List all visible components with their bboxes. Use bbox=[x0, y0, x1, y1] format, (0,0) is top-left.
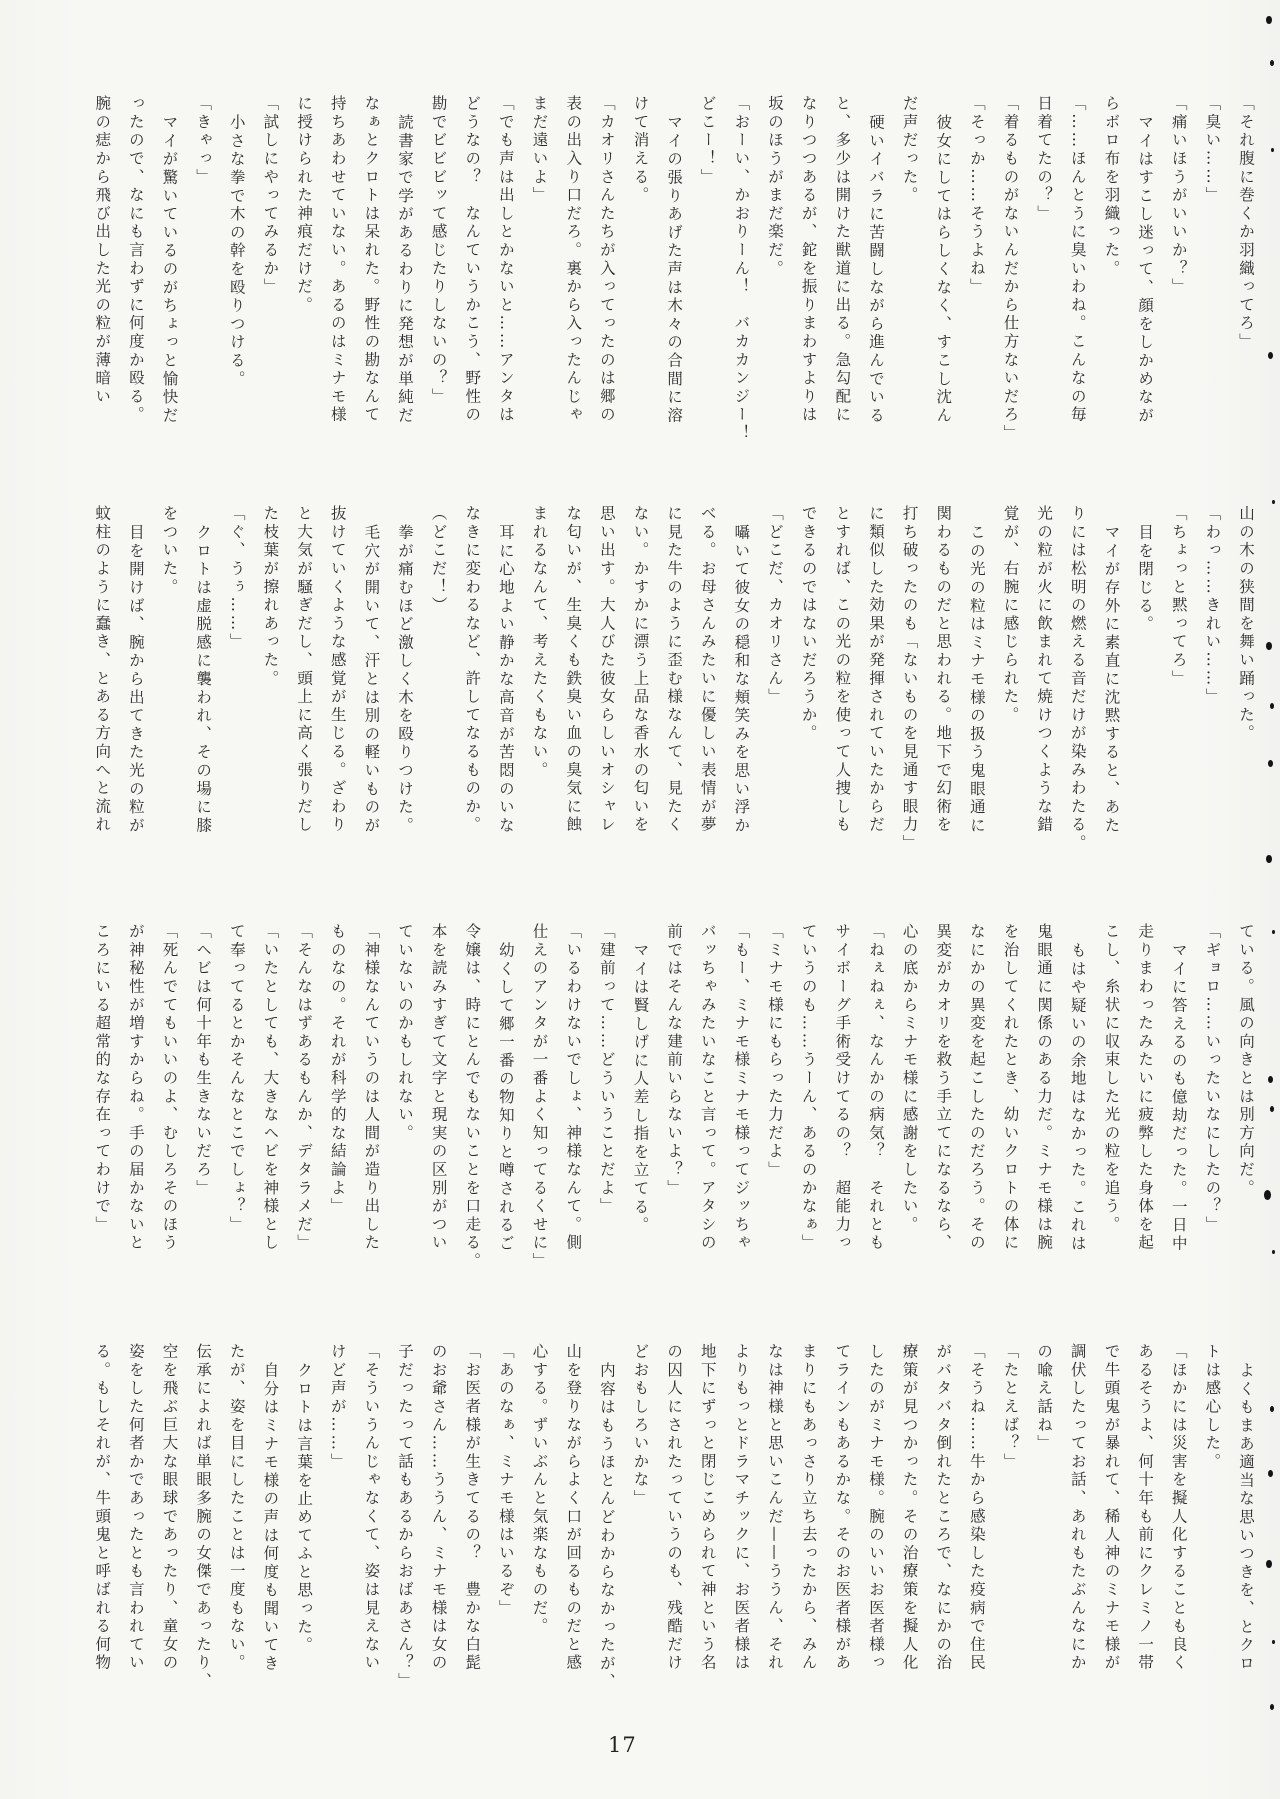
text-column: 「臭い……」 bbox=[1195, 95, 1229, 480]
scan-dot bbox=[1268, 1076, 1273, 1083]
scan-dot bbox=[1266, 855, 1272, 863]
text-column: 目を閉じる。 bbox=[1127, 505, 1161, 857]
text-column: に授けられた神痕だけだ。 bbox=[286, 95, 320, 480]
text-column: 「試しにやってみるか」 bbox=[253, 95, 287, 480]
text-column: る。もしそれが、牛頭鬼と呼ばれる何物 bbox=[85, 1343, 119, 1711]
text-column: ものなの。それが科学的な結論よ」 bbox=[320, 923, 354, 1273]
text-column: どこー！」 bbox=[690, 95, 724, 480]
text-column: よりもっとドラマチックに、お医者様は bbox=[724, 1343, 758, 1711]
text-column: 勘でビビビッて感じたりしないの？」 bbox=[421, 95, 455, 480]
text-column: まれるなんて、考えたくもない。 bbox=[522, 505, 556, 857]
text-column: て奉ってるとかそんなとこでしょ？」 bbox=[219, 923, 253, 1273]
text-column: 表の出入り口だろ。裏から入ったんじゃ bbox=[556, 95, 590, 480]
text-column: マイが存外に素直に沈黙すると、あた bbox=[1094, 505, 1128, 857]
text-column: 腕の痣から飛び出した光の粒が薄暗い bbox=[85, 95, 119, 480]
text-column: 「ねぇねぇ、なんかの病気？ それとも bbox=[858, 923, 892, 1273]
text-column: なきに変わるなど、許してなるものか。 bbox=[455, 505, 489, 857]
text-column: 令嬢は、時にとんでもないことを口走る。 bbox=[455, 923, 489, 1273]
text-column: マイに答えるのも億劫だった。一日中 bbox=[1161, 923, 1195, 1273]
text-column: ない。かすかに漂う上品な香水の匂いを bbox=[623, 505, 657, 857]
text-column: 「もー、ミナモ様ミナモ様ってジッちゃ bbox=[724, 923, 758, 1273]
scan-dot bbox=[1264, 1190, 1271, 1200]
text-column: 「いるわけないでしょ、神様なんて。側 bbox=[556, 923, 590, 1273]
text-column: の囚人にされたっていうのも、残酷だけ bbox=[656, 1343, 690, 1711]
text-column: 「それ腹に巻くか羽織ってろ」 bbox=[1228, 95, 1262, 480]
text-column: けど声が……」 bbox=[320, 1343, 354, 1711]
text-column: 心の底からミナモ様に感謝をしたい。 bbox=[892, 923, 926, 1273]
text-column: 彼女にしてはらしくなく、すこし沈ん bbox=[926, 95, 960, 480]
text-column: 「……ほんとうに臭いわね。こんなの毎 bbox=[1060, 95, 1094, 480]
text-column: 「ちょっと黙ってろ」 bbox=[1161, 505, 1195, 857]
scan-dot bbox=[1270, 1704, 1274, 1710]
text-column: けて消える。 bbox=[623, 95, 657, 480]
text-column: らボロ布を羽織った。 bbox=[1094, 95, 1128, 480]
text-column: が神秘性が増すからね。手の届かないと bbox=[118, 923, 152, 1273]
text-column: 日着てたの？」 bbox=[1027, 95, 1061, 480]
text-column: 走りまわったみたいに疲弊した身体を起 bbox=[1127, 923, 1161, 1273]
text-column: をついた。 bbox=[152, 505, 186, 857]
scan-dot bbox=[1270, 1106, 1274, 1112]
text-column: 「ぐ、うぅ……」 bbox=[219, 505, 253, 857]
text-column: クロトは虚脱感に襲われ、その場に膝 bbox=[186, 505, 220, 857]
text-column: マイはすこし迷って、顔をしかめなが bbox=[1127, 95, 1161, 480]
text-column: どうなの？ なんていうかこう、野性の bbox=[455, 95, 489, 480]
text-column: を治してくれたとき、幼いクロトの体に bbox=[993, 923, 1027, 1273]
text-column: 姿をした何者かであったとも言われてい bbox=[118, 1343, 152, 1711]
text-column: どおもしろいかな」 bbox=[623, 1343, 657, 1711]
scan-dot bbox=[1271, 148, 1274, 152]
text-column: こし、糸状に収束した光の粒を追う。 bbox=[1094, 923, 1128, 1273]
text-band-3: ている。風の向きとは別方向だ。「ギョロ……いったいなにしたの？」マイに答えるのも… bbox=[82, 923, 1262, 1273]
text-column: に見た牛のように歪む様なんて、見たく bbox=[656, 505, 690, 857]
text-column: と大気が騒ぎだし、頭上に高く張りだし bbox=[286, 505, 320, 857]
text-column: 「どこだ、カオリさん」 bbox=[757, 505, 791, 857]
text-column: バッちゃみたいなこと言って。アタシの bbox=[690, 923, 724, 1273]
text-column: 小さな拳で木の幹を殴りつける。 bbox=[219, 95, 253, 480]
text-column: トは感心した。 bbox=[1195, 1343, 1229, 1711]
text-column: まりにもあっさり立ち去ったから、みん bbox=[791, 1343, 825, 1711]
text-column: 「お医者様が生きてるの？ 豊かな白髭 bbox=[455, 1343, 489, 1711]
text-column: の喩え話ね」 bbox=[1027, 1343, 1061, 1711]
text-column: したのがミナモ様。腕のいいお医者様っ bbox=[858, 1343, 892, 1711]
text-column: 調伏したってお話、あれもたぶんなにか bbox=[1060, 1343, 1094, 1711]
scanned-novel-page: 「それ腹に巻くか羽織ってろ」「臭い……」「痛いほうがいいか？」マイはすこし迷って… bbox=[0, 0, 1280, 1799]
text-column: なにかの異変を起こしたのだろう。その bbox=[959, 923, 993, 1273]
text-column: 「そんなはずあるもんか、デタラメだ」 bbox=[286, 923, 320, 1273]
text-column: 内容はもうほとんどわからなかったが、 bbox=[589, 1343, 623, 1711]
text-column: 囁いて彼女の穏和な頬笑みを思い浮か bbox=[724, 505, 758, 857]
text-column: ころにいる超常的な存在ってわけで」 bbox=[85, 923, 119, 1273]
text-column: 本を読みすぎて文字と現実の区別がつい bbox=[421, 923, 455, 1273]
scan-dot bbox=[1270, 60, 1274, 66]
text-column: 耳に心地よい静かな高音が苦悶のいな bbox=[488, 505, 522, 857]
text-column: 関わるものだと思われる。地下で幻術を bbox=[926, 505, 960, 857]
text-column: なりつつあるが、鉈を振りまわすよりは bbox=[791, 95, 825, 480]
text-column: 心する。ずいぶんと気楽なものだ。 bbox=[522, 1343, 556, 1711]
text-column: 「着るものがないんだから仕方ないだろ」 bbox=[993, 95, 1027, 480]
text-column: 「死んでてもいいのよ、むしろそのほう bbox=[152, 923, 186, 1273]
text-column: 目を開けば、腕から出てきた光の粒が bbox=[118, 505, 152, 857]
text-column: 覚が、右腕に感じられた。 bbox=[993, 505, 1027, 857]
text-column: 「ほかには災害を擬人化することも良く bbox=[1161, 1343, 1195, 1711]
text-column: 硬いイバラに苦闘しながら進んでいる bbox=[858, 95, 892, 480]
text-column: 空を飛ぶ巨大な眼球であったり、童女の bbox=[152, 1343, 186, 1711]
text-band-1: 「それ腹に巻くか羽織ってろ」「臭い……」「痛いほうがいいか？」マイはすこし迷って… bbox=[82, 95, 1262, 480]
text-column: と、多少は開けた獣道に出る。急勾配に bbox=[825, 95, 859, 480]
text-column: な匂いが、生臭くも鉄臭い血の臭気に蝕 bbox=[556, 505, 590, 857]
text-column: で牛頭鬼が暴れて、稀人神のミナモ様が bbox=[1094, 1343, 1128, 1711]
text-column: 「そういうんじゃなくて、姿は見えない bbox=[354, 1343, 388, 1711]
text-column: もはや疑いの余地はなかった。これは bbox=[1060, 923, 1094, 1273]
text-column: 鬼眼通に関係のある力だ。ミナモ様は腕 bbox=[1027, 923, 1061, 1273]
scan-dot bbox=[1268, 760, 1273, 767]
scan-dot bbox=[1268, 1470, 1273, 1477]
scan-dot bbox=[1266, 16, 1272, 24]
text-column: がバタバタ倒れたところで、なにかの治 bbox=[926, 1343, 960, 1711]
text-column: べる。お母さんみたいに優しい表情が夢 bbox=[690, 505, 724, 857]
text-column: 光の粒が火に飲まれて焼けつくような錯 bbox=[1027, 505, 1061, 857]
text-column: 「ヘビは何十年も生きないだろ」 bbox=[186, 923, 220, 1273]
text-column: まだ遠いよ」 bbox=[522, 95, 556, 480]
text-column: サイボーグ手術受けてるの？ 超能力っ bbox=[825, 923, 859, 1273]
text-column: 子だったって話もあるからおばあさん？」 bbox=[387, 1343, 421, 1711]
text-column: 「いたとしても、大きなヘビを神様とし bbox=[253, 923, 287, 1273]
text-column: 拳が痛むほど激しく木を殴りつけた。 bbox=[387, 505, 421, 857]
text-column: 坂のほうがまだ楽だ。 bbox=[757, 95, 791, 480]
text-column: 地下にずっと閉じこめられて神という名 bbox=[690, 1343, 724, 1711]
text-column: ていないのかもしれない。 bbox=[387, 923, 421, 1273]
text-column: なは神様と思いこんだ——ううん、それ bbox=[757, 1343, 791, 1711]
text-column: 「神様なんていうのは人間が造り出した bbox=[354, 923, 388, 1273]
text-column: 異変がカオリを救う手立てになるなら、 bbox=[926, 923, 960, 1273]
text-column: 山の木の狭間を舞い踊った。 bbox=[1228, 505, 1262, 857]
scan-dot bbox=[1266, 642, 1272, 650]
text-column: 「きゃっ」 bbox=[186, 95, 220, 480]
text-column: のお爺さん……ううん、ミナモ様は女の bbox=[421, 1343, 455, 1711]
text-column: あるそうよ、何十年も前にクレミノ一帯 bbox=[1127, 1343, 1161, 1711]
text-column: なぁとクロトは呆れた。野性の勘なんて bbox=[354, 95, 388, 480]
text-column: 「そうね……牛から感染した疫病で住民 bbox=[959, 1343, 993, 1711]
text-column: 「でも声は出しとかないと……アンタは bbox=[488, 95, 522, 480]
text-column: 思い出す。大人びた彼女らしいオシャレ bbox=[589, 505, 623, 857]
text-band-4: よくもまあ適当な思いつきを、とクロトは感心した。「ほかには災害を擬人化することも… bbox=[82, 1343, 1262, 1711]
text-column: 自分はミナモ様の声は何度も聞いてき bbox=[253, 1343, 287, 1711]
scan-dot bbox=[1270, 1406, 1274, 1412]
text-column: クロトは言葉を止めてふと思った。 bbox=[286, 1343, 320, 1711]
text-column: だ声だった。 bbox=[892, 95, 926, 480]
text-column: た枝葉が擦れあった。 bbox=[253, 505, 287, 857]
text-column: 療策が見つかった。その治療策を擬人化 bbox=[892, 1343, 926, 1711]
text-column: 「カオリさんたちが入ってったのは郷の bbox=[589, 95, 623, 480]
text-column: 幼くして郷一番の物知りと噂されるご bbox=[488, 923, 522, 1273]
scan-dot bbox=[1272, 1250, 1275, 1254]
scan-dot bbox=[1270, 703, 1274, 709]
text-column: 「ミナモ様にもらった力だよ」 bbox=[757, 923, 791, 1273]
text-column: 仕えのアンタが一番よく知ってるくせに」 bbox=[522, 923, 556, 1273]
text-column: 伝承によれば単眼多腕の女傑であったり、 bbox=[186, 1343, 220, 1711]
text-column: マイは賢しげに人差し指を立てる。 bbox=[623, 923, 657, 1273]
scan-dot bbox=[1272, 930, 1275, 934]
text-column: 「あのなぁ、ミナモ様はいるぞ」 bbox=[488, 1343, 522, 1711]
text-column: 前ではそんな建前いらないよ？」 bbox=[656, 923, 690, 1273]
text-column: 「わっ……きれい……」 bbox=[1195, 505, 1229, 857]
text-column: とすれば、この光の粒を使って人捜しも bbox=[825, 505, 859, 857]
text-column: 毛穴が開いて、汗とは別の軽いものが bbox=[354, 505, 388, 857]
text-column: できるのではないだろうか。 bbox=[791, 505, 825, 857]
text-column: りには松明の燃える音だけが染みわたる。 bbox=[1060, 505, 1094, 857]
text-column: この光の粒はミナモ様の扱う鬼眼通に bbox=[959, 505, 993, 857]
scan-dot bbox=[1272, 500, 1275, 504]
text-column: 「たとえば？」 bbox=[993, 1343, 1027, 1711]
text-column: ていうのも……うーん、あるのかなぁ」 bbox=[791, 923, 825, 1273]
scan-dot bbox=[1268, 352, 1273, 359]
text-column: 「痛いほうがいいか？」 bbox=[1161, 95, 1195, 480]
text-column: 「建前って……どういうことだよ」 bbox=[589, 923, 623, 1273]
text-column: 持ちあわせていない。あるのはミナモ様 bbox=[320, 95, 354, 480]
text-column: 打ち破ったのも「ないものを見通す眼力」 bbox=[892, 505, 926, 857]
text-column: てラインもあるかな。そのお医者様があ bbox=[825, 1343, 859, 1711]
text-column: よくもまあ適当な思いつきを、とクロ bbox=[1228, 1343, 1262, 1711]
text-column: マイの張りあげた声は木々の合間に溶 bbox=[656, 95, 690, 480]
text-column: 「おーい、かおりーん！ バカカンジー！ bbox=[724, 95, 758, 480]
text-column: マイが驚いているのがちょっと愉快だ bbox=[152, 95, 186, 480]
text-band-2: 山の木の狭間を舞い踊った。「わっ……きれい……」「ちょっと黙ってろ」目を閉じる。… bbox=[82, 505, 1262, 857]
text-column: に類似した効果が発揮されていたからだ bbox=[858, 505, 892, 857]
text-column: ている。風の向きとは別方向だ。 bbox=[1228, 923, 1262, 1273]
scan-dot bbox=[1266, 1560, 1272, 1568]
text-column: ったので、なにも言わずに何度か殴る。 bbox=[118, 95, 152, 480]
scan-dot bbox=[1272, 1640, 1275, 1644]
page-number: 17 bbox=[608, 1733, 637, 1757]
text-column: 「ギョロ……いったいなにしたの？」 bbox=[1195, 923, 1229, 1273]
text-column: たが、姿を目にしたことは一度もない。 bbox=[219, 1343, 253, 1711]
text-column: 蚊柱のように蠢き、とある方向へと流れ bbox=[85, 505, 119, 857]
text-column: 読書家で学があるわりに発想が単純だ bbox=[387, 95, 421, 480]
text-column: （どこだ！） bbox=[421, 505, 455, 857]
text-column: 抜けていくような感覚が生じる。ざわり bbox=[320, 505, 354, 857]
text-column: 「そっか……そうよね」 bbox=[959, 95, 993, 480]
text-column: 山を登りながらよく口が回るものだと感 bbox=[556, 1343, 590, 1711]
